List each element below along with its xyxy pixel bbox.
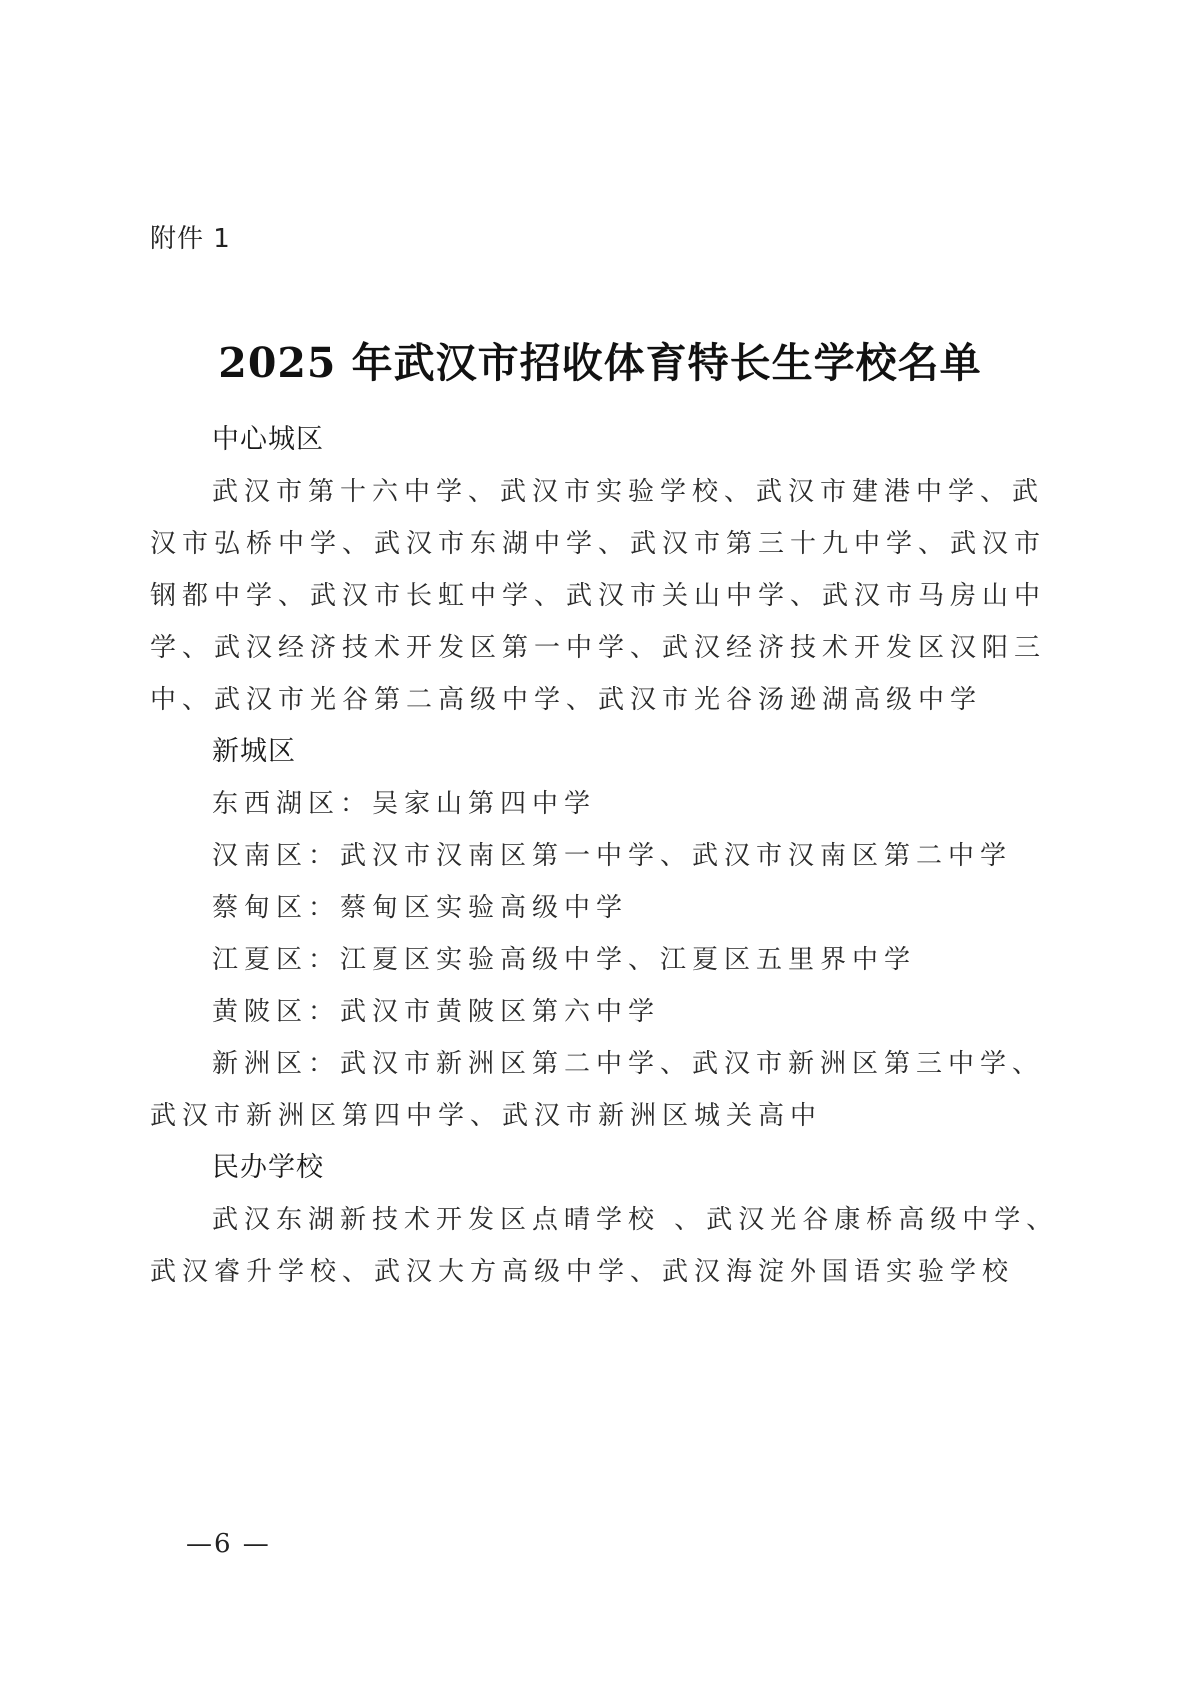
paragraph-line: 汉市弘桥中学、武汉市东湖中学、武汉市第三十九中学、武汉市 [150,527,1046,561]
paragraph-line: 学、武汉经济技术开发区第一中学、武汉经济技术开发区汉阳三 [150,631,1046,665]
document-title: 2025 年武汉市招收体育特长生学校名单 [0,335,1200,391]
document-page: 附件 1 2025 年武汉市招收体育特长生学校名单 中心城区 武汉市第十六中学、… [0,0,1200,1698]
page-number: —6 — [186,1527,271,1561]
district-line-caidian: 蔡甸区：蔡甸区实验高级中学 [212,891,628,925]
district-line-xinzhou: 新洲区：武汉市新洲区第二中学、武汉市新洲区第三中学、 [212,1047,1044,1081]
paragraph-line: 武汉市第十六中学、武汉市实验学校、武汉市建港中学、武 [212,475,1044,509]
district-line-dongxihu: 东西湖区：吴家山第四中学 [212,787,596,821]
section-heading-new-districts: 新城区 [212,735,296,769]
paragraph-line: 武汉睿升学校、武汉大方高级中学、武汉海淀外国语实验学校 [150,1255,1014,1289]
attachment-label: 附件 1 [150,222,231,256]
district-line-hannan: 汉南区：武汉市汉南区第一中学、武汉市汉南区第二中学 [212,839,1012,873]
section-heading-central: 中心城区 [212,423,324,457]
district-line-huangpi: 黄陂区：武汉市黄陂区第六中学 [212,995,660,1029]
paragraph-line: 中、武汉市光谷第二高级中学、武汉市光谷汤逊湖高级中学 [150,683,982,717]
paragraph-line: 武汉东湖新技术开发区点晴学校 、武汉光谷康桥高级中学、 [212,1203,1058,1237]
district-line-jiangxia: 江夏区：江夏区实验高级中学、江夏区五里界中学 [212,943,916,977]
paragraph-line: 钢都中学、武汉市长虹中学、武汉市关山中学、武汉市马房山中 [150,579,1046,613]
section-heading-private: 民办学校 [212,1151,324,1185]
district-line-xinzhou-cont: 武汉市新洲区第四中学、武汉市新洲区城关高中 [150,1099,822,1133]
